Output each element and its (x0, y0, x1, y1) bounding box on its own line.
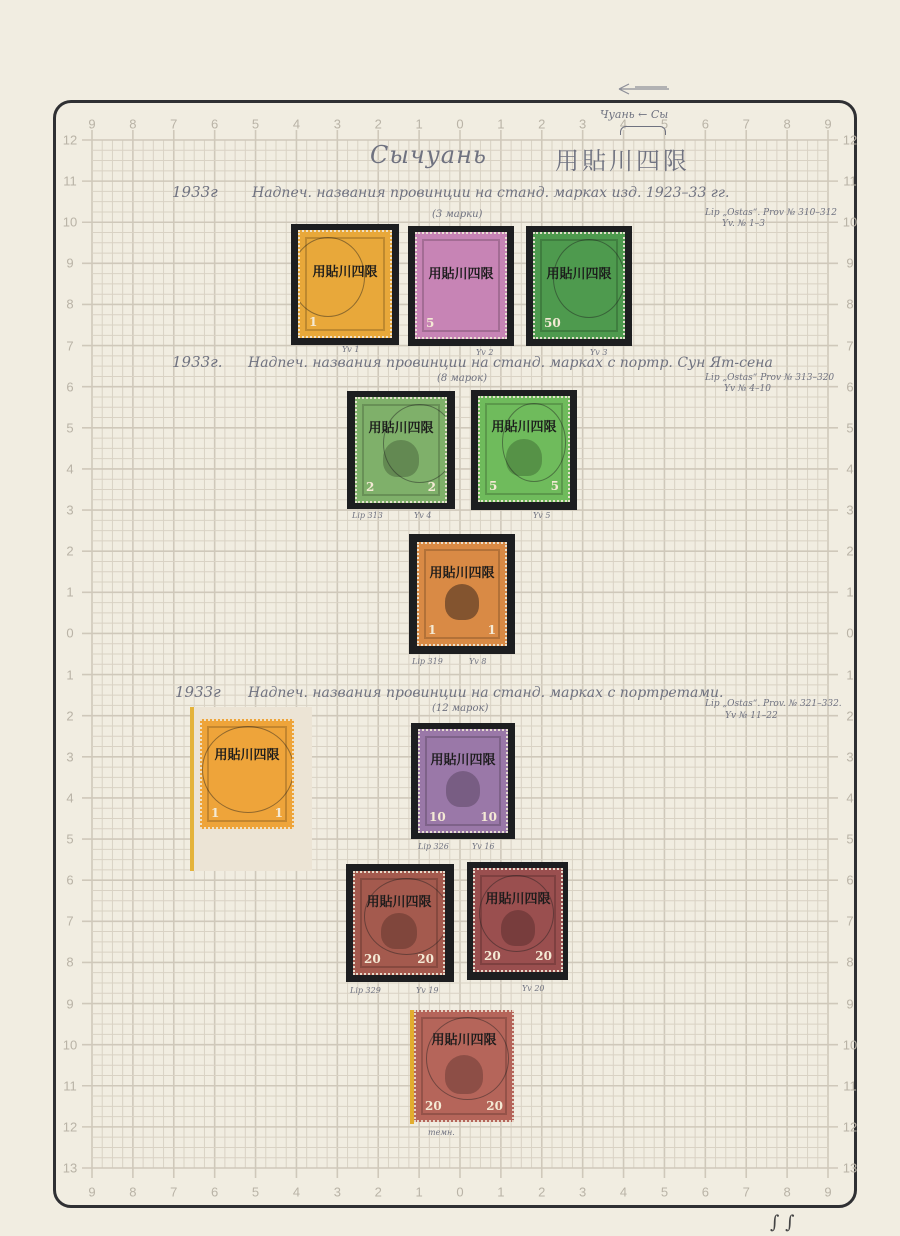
bottom-axis-label: 2 (375, 1185, 382, 1200)
left-axis-label: 6 (66, 379, 73, 394)
section-3-description: Надпеч. названия провинции на станд. мар… (248, 685, 723, 701)
bottom-axis-label: 9 (88, 1185, 95, 1200)
stamp-value-left: 20 (484, 949, 501, 963)
top-axis-label: 6 (211, 117, 218, 132)
left-axis-label: 1 (66, 667, 73, 682)
left-axis-label: 0 (66, 626, 73, 641)
left-axis-label: 12 (63, 1119, 77, 1134)
pencil-arrow-icon (615, 82, 670, 96)
stamp-value-left: 1 (211, 806, 219, 820)
top-axis-label: 8 (129, 117, 136, 132)
bottom-axis-label: 8 (129, 1185, 136, 1200)
stamp-yv20[interactable]: 用貼川四限 20 20 (473, 868, 563, 972)
portrait (446, 771, 480, 807)
top-axis-label: 7 (170, 117, 177, 132)
section-1-year: 1933г (172, 183, 218, 201)
caption-yv8: Yv 8 (469, 657, 486, 666)
portrait (445, 584, 479, 620)
bottom-axis-label: 3 (579, 1185, 586, 1200)
caption-lip329: Lip 329 (350, 986, 381, 995)
bottom-axis-label: 4 (293, 1185, 300, 1200)
stamp-piece-1[interactable]: 用貼川四限 1 1 (200, 719, 294, 829)
left-axis-label: 10 (63, 1037, 77, 1052)
right-axis-label: 9 (846, 256, 853, 271)
stamp-mount-yv5[interactable]: 用貼川四限 5 5 (471, 390, 577, 510)
right-axis-label: 4 (846, 461, 853, 476)
stamp-value-right: 1 (275, 806, 283, 820)
stamp-value: 50 (544, 316, 561, 330)
right-axis-label: 7 (846, 914, 853, 929)
left-axis-label: 5 (66, 420, 73, 435)
bottom-axis-label: 1 (415, 1185, 422, 1200)
left-axis-label: 13 (63, 1161, 77, 1176)
stamp-value-right: 20 (417, 952, 434, 966)
stamp-value-right: 10 (480, 810, 497, 824)
section-3-count: (12 марок) (432, 703, 488, 714)
left-axis-label: 4 (66, 790, 73, 805)
left-axis-label: 8 (66, 955, 73, 970)
stamp-value-right: 20 (486, 1099, 503, 1113)
right-axis-label: 1 (846, 585, 853, 600)
left-axis-label: 11 (63, 174, 77, 189)
right-axis-label: 3 (846, 749, 853, 764)
overprint: 用貼川四限 (420, 749, 506, 768)
postmark (383, 404, 447, 483)
caption-lip319: Lip 319 (412, 657, 443, 666)
stamp-mount-yv1[interactable]: 用貼川四限 1 (291, 224, 399, 345)
left-axis-label: 2 (66, 708, 73, 723)
stamp-value: 5 (426, 316, 434, 330)
right-axis-label: 2 (846, 544, 853, 559)
bottom-axis-label: 5 (252, 1185, 259, 1200)
bottom-axis-label: 3 (334, 1185, 341, 1200)
right-axis-label: 6 (846, 379, 853, 394)
caption-yv20: Yv 20 (522, 984, 545, 993)
top-axis-label: 8 (783, 117, 790, 132)
right-axis-label: 0 (846, 626, 853, 641)
stamp-yv5[interactable]: 用貼川四限 5 5 (478, 396, 570, 502)
right-axis-label: 1 (846, 667, 853, 682)
left-axis-label: 6 (66, 873, 73, 888)
right-axis-label: 12 (843, 1119, 857, 1134)
left-axis-label: 4 (66, 461, 73, 476)
left-axis-label: 9 (66, 996, 73, 1011)
right-axis-label: 2 (846, 708, 853, 723)
stamp-mount-yv3[interactable]: 用貼川四限 50 (526, 226, 632, 346)
stamp-mount-yv16[interactable]: 用貼川四限 10 10 (411, 723, 515, 839)
stamp-on-piece[interactable]: 用貼川四限 1 1 (190, 707, 312, 871)
top-axis-label: 2 (538, 117, 545, 132)
section-2-count: (8 марок) (437, 373, 487, 384)
right-axis-label: 11 (843, 1078, 857, 1093)
section-2-ref-yv: Yv № 4–10 (724, 384, 771, 394)
left-axis-label: 10 (63, 215, 77, 230)
stamp-value-right: 20 (535, 949, 552, 963)
bottom-axis-label: 5 (661, 1185, 668, 1200)
stamp-value-left: 20 (364, 952, 381, 966)
stamp-yv3[interactable]: 用貼川四限 50 (533, 232, 625, 339)
stamp-yv19[interactable]: 用貼川四限 20 20 (353, 871, 445, 975)
right-axis-label: 8 (846, 297, 853, 312)
stamp-value-left: 1 (428, 623, 436, 637)
top-axis-label: 9 (88, 117, 95, 132)
bottom-axis-label: 4 (620, 1185, 627, 1200)
caption-yv4: Yv 4 (414, 511, 431, 520)
page-title-chinese: 用貼川四限 (555, 141, 690, 176)
caption-dark-shade: темн. (428, 1128, 455, 1137)
top-axis-label: 6 (702, 117, 709, 132)
overprint: 用貼川四限 (475, 888, 561, 907)
overprint: 用貼川四限 (355, 891, 443, 910)
top-axis-label: 5 (252, 117, 259, 132)
left-axis-label: 7 (66, 338, 73, 353)
postmark (202, 726, 294, 813)
bottom-axis-label: 7 (743, 1185, 750, 1200)
left-axis-label: 3 (66, 749, 73, 764)
left-axis-label: 5 (66, 832, 73, 847)
right-axis-label: 10 (843, 1037, 857, 1052)
stamp-yv1[interactable]: 用貼川四限 1 (298, 230, 392, 338)
caption-yv19: Yv 19 (416, 986, 439, 995)
stamp-yv2[interactable]: 用貼川四限 5 (415, 232, 507, 339)
top-axis-label: 2 (375, 117, 382, 132)
right-axis-label: 9 (846, 996, 853, 1011)
stamp-value: 1 (309, 315, 317, 329)
bottom-axis-label: 7 (170, 1185, 177, 1200)
bottom-axis-label: 1 (497, 1185, 504, 1200)
overprint: 用貼川四限 (300, 261, 390, 280)
stamp-value-left: 20 (425, 1099, 442, 1113)
stamp-mount-yv2[interactable]: 用貼川四限 5 (408, 226, 514, 346)
right-axis-label: 12 (843, 133, 857, 148)
postmark (479, 875, 554, 952)
right-axis-label: 5 (846, 420, 853, 435)
stamp-value-right: 2 (428, 480, 436, 494)
top-axis-label: 3 (334, 117, 341, 132)
top-axis-label: 1 (497, 117, 504, 132)
section-2-year: 1933г. (172, 353, 223, 371)
stamp-value-right: 5 (551, 479, 559, 493)
left-axis-label: 8 (66, 297, 73, 312)
stamp-mount-yv4[interactable]: 用貼川四限 2 2 (347, 391, 455, 509)
section-1-description: Надпеч. названия провинции на станд. мар… (252, 185, 729, 201)
top-axis-label: 7 (743, 117, 750, 132)
caption-yv5: Yv 5 (533, 511, 550, 520)
right-axis-label: 7 (846, 338, 853, 353)
pencil-mark: ∫ ∫ (770, 1212, 794, 1233)
left-axis-label: 3 (66, 503, 73, 518)
overprint: 用貼川四限 (535, 263, 623, 282)
overprint: 用貼川四限 (419, 562, 505, 581)
stamp-value-right: 1 (488, 623, 496, 637)
right-axis-label: 5 (846, 832, 853, 847)
left-axis-label: 2 (66, 544, 73, 559)
section-1-ref-lip: Lip „Ostas“. Prov № 310–312 (705, 208, 837, 218)
overprint: 用貼川四限 (480, 416, 568, 435)
section-3-ref-lip: Lip „Ostas“. Prov. № 321–332. (705, 699, 842, 709)
top-axis-label: 4 (293, 117, 300, 132)
left-axis-label: 12 (63, 133, 77, 148)
stamp-value-left: 5 (489, 479, 497, 493)
right-axis-label: 11 (843, 174, 857, 189)
top-axis-label: 0 (456, 117, 463, 132)
stamp-yv16[interactable]: 用貼川四限 10 10 (418, 729, 508, 833)
bottom-axis-label: 6 (702, 1185, 709, 1200)
bottom-axis-label: 9 (824, 1185, 831, 1200)
caption-lip326: Lip 326 (418, 842, 449, 851)
caption-yv1: Yv 1 (342, 345, 359, 354)
right-axis-label: 13 (843, 1161, 857, 1176)
overprint: 用貼川四限 (202, 744, 292, 763)
postmark (364, 878, 445, 955)
right-axis-label: 3 (846, 503, 853, 518)
postmark (502, 403, 566, 482)
top-axis-label: 1 (415, 117, 422, 132)
stamp-yv8[interactable]: 用貼川四限 1 1 (417, 542, 507, 646)
section-3-year: 1933г (175, 683, 221, 701)
right-axis-label: 8 (846, 955, 853, 970)
stamp-yv4[interactable]: 用貼川四限 2 2 (355, 397, 447, 503)
title-annotation: Чуань ← Сы (600, 108, 668, 121)
section-2-description: Надпеч. названия провинции на станд. мар… (248, 355, 773, 371)
overprint: 用貼川四限 (357, 417, 445, 436)
title-brace (620, 126, 666, 135)
page-title-russian: Сычуань (370, 141, 487, 169)
bottom-axis-label: 0 (456, 1185, 463, 1200)
stamp-dark-shade[interactable]: 用貼川四限 20 20 (414, 1010, 514, 1122)
left-axis-label: 11 (63, 1078, 77, 1093)
left-axis-label: 7 (66, 914, 73, 929)
top-axis-label: 9 (824, 117, 831, 132)
section-1-ref-yv: Yv. № 1–3 (722, 219, 765, 229)
bottom-axis-label: 2 (538, 1185, 545, 1200)
stamp-value-left: 2 (366, 480, 374, 494)
right-axis-label: 6 (846, 873, 853, 888)
right-axis-label: 10 (843, 215, 857, 230)
stamp-mount-yv19[interactable]: 用貼川四限 20 20 (346, 864, 454, 982)
caption-yv16: Yv 16 (472, 842, 495, 851)
bottom-axis-label: 6 (211, 1185, 218, 1200)
bottom-axis-label: 8 (783, 1185, 790, 1200)
overprint: 用貼川四限 (416, 1029, 512, 1048)
caption-lip313: Lip 313 (352, 511, 383, 520)
section-1-count: (3 марки) (432, 209, 482, 220)
left-axis-label: 9 (66, 256, 73, 271)
overprint: 用貼川四限 (417, 263, 505, 282)
section-3-ref-yv: Yv № 11–22 (725, 711, 778, 721)
section-2-ref-lip: Lip „Ostas“ Prov № 313–320 (705, 373, 834, 383)
top-axis-label: 3 (579, 117, 586, 132)
stamp-mount-yv20[interactable]: 用貼川四限 20 20 (467, 862, 568, 980)
right-axis-label: 4 (846, 790, 853, 805)
left-axis-label: 1 (66, 585, 73, 600)
stamp-mount-yv8[interactable]: 用貼川四限 1 1 (409, 534, 515, 654)
stamp-value-left: 10 (429, 810, 446, 824)
